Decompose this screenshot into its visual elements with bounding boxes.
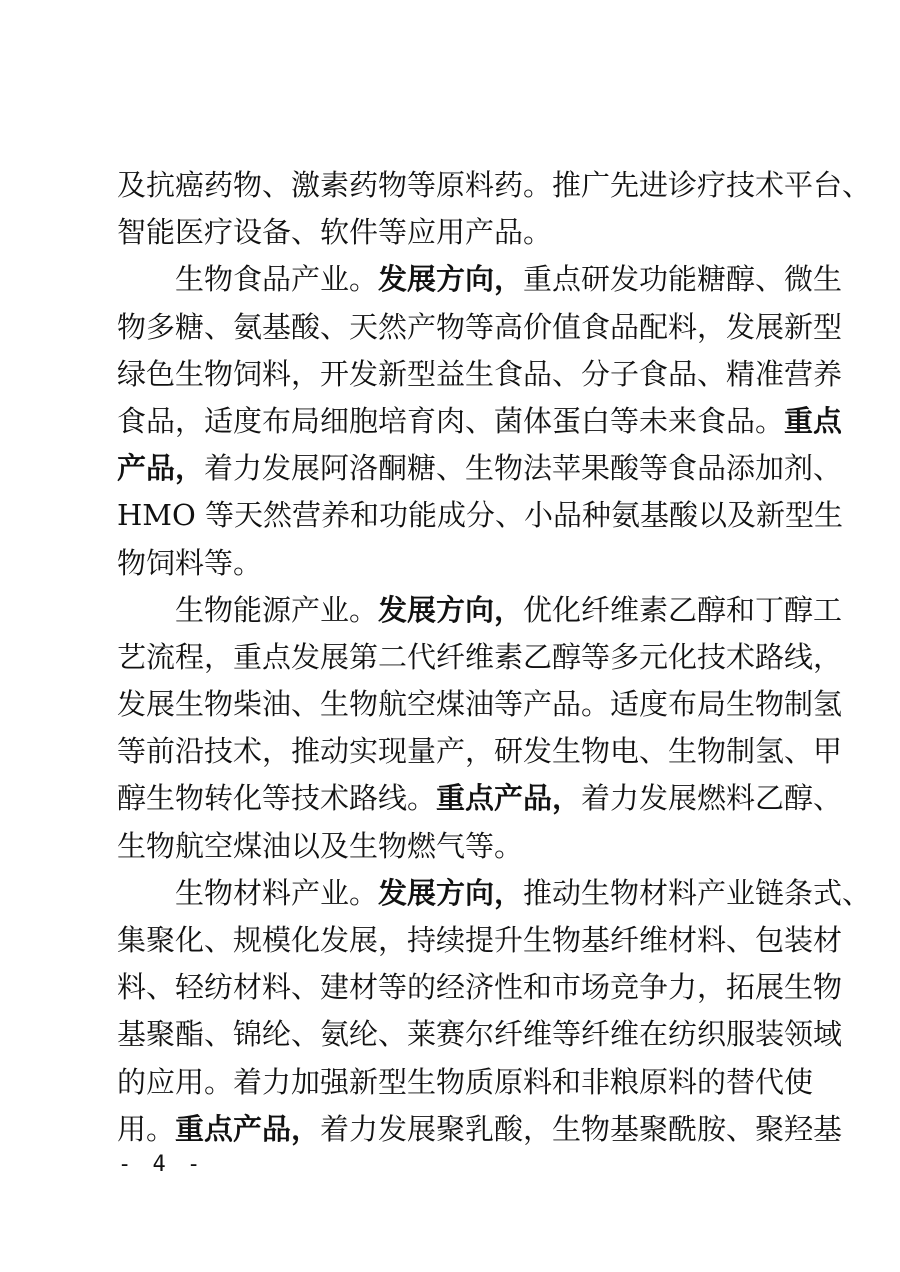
bold-label-direction: 发展方向， bbox=[378, 593, 523, 627]
text-line: 生物食品产业。发展方向，重点研发功能糖醇、微生 bbox=[117, 256, 789, 303]
text-line: 醇生物转化等技术路线。重点产品，着力发展燃料乙醇、 bbox=[117, 775, 789, 822]
section-heading: 生物能源产业。 bbox=[175, 593, 378, 627]
bold-label-products: 产品， bbox=[117, 451, 204, 485]
text-line: 生物航空煤油以及生物燃气等。 bbox=[117, 823, 789, 870]
bold-label-direction: 发展方向， bbox=[378, 876, 523, 910]
bold-label-products: 重点 bbox=[784, 404, 842, 438]
text-line: 集聚化、规模化发展，持续提升生物基纤维材料、包装材 bbox=[117, 917, 789, 964]
text-line: 艺流程，重点发展第二代纤维素乙醇等多元化技术路线， bbox=[117, 634, 789, 681]
document-page: 及抗癌药物、激素药物等原料药。推广先进诊疗技术平台、 智能医疗设备、软件等应用产… bbox=[0, 0, 900, 1272]
text-line: 等前沿技术，推动实现量产，研发生物电、生物制氢、甲 bbox=[117, 728, 789, 775]
section-heading: 生物食品产业。 bbox=[175, 262, 378, 296]
text-line: 食品，适度布局细胞培育肉、菌体蛋白等未来食品。重点 bbox=[117, 398, 789, 445]
bold-label-direction: 发展方向， bbox=[378, 262, 523, 296]
bold-label-products: 重点产品， bbox=[175, 1112, 320, 1146]
paragraph-bio-food: 生物食品产业。发展方向，重点研发功能糖醇、微生 物多糖、氨基酸、天然产物等高价值… bbox=[117, 256, 789, 586]
text-line: 绿色生物饲料，开发新型益生食品、分子食品、精准营养 bbox=[117, 351, 789, 398]
text-line: 基聚酯、锦纶、氨纶、莱赛尔纤维等纤维在纺织服装领域 bbox=[117, 1011, 789, 1058]
page-number: - 4 - bbox=[118, 1152, 204, 1177]
text-line: 智能医疗设备、软件等应用产品。 bbox=[117, 209, 789, 256]
text-line: HMO 等天然营养和功能成分、小品种氨基酸以及新型生 bbox=[117, 492, 789, 539]
paragraph-bio-materials: 生物材料产业。发展方向，推动生物材料产业链条式、 集聚化、规模化发展，持续提升生… bbox=[117, 870, 789, 1153]
section-heading: 生物材料产业。 bbox=[175, 876, 378, 910]
text-line: 料、轻纺材料、建材等的经济性和市场竞争力，拓展生物 bbox=[117, 964, 789, 1011]
bold-label-products: 重点产品， bbox=[436, 781, 581, 815]
text-line: 物多糖、氨基酸、天然产物等高价值食品配料，发展新型 bbox=[117, 304, 789, 351]
text-line: 及抗癌药物、激素药物等原料药。推广先进诊疗技术平台、 bbox=[117, 162, 789, 209]
text-line: 发展生物柴油、生物航空煤油等产品。适度布局生物制氢 bbox=[117, 681, 789, 728]
text-line: 生物能源产业。发展方向，优化纤维素乙醇和丁醇工 bbox=[117, 587, 789, 634]
paragraph-bio-energy: 生物能源产业。发展方向，优化纤维素乙醇和丁醇工 艺流程，重点发展第二代纤维素乙醇… bbox=[117, 587, 789, 870]
paragraph-continuation: 及抗癌药物、激素药物等原料药。推广先进诊疗技术平台、 智能医疗设备、软件等应用产… bbox=[117, 162, 789, 256]
text-line: 的应用。着力加强新型生物质原料和非粮原料的替代使 bbox=[117, 1059, 789, 1106]
text-line: 用。重点产品，着力发展聚乳酸，生物基聚酰胺、聚羟基 bbox=[117, 1106, 789, 1153]
document-body: 及抗癌药物、激素药物等原料药。推广先进诊疗技术平台、 智能医疗设备、软件等应用产… bbox=[117, 162, 789, 1153]
text-line: 产品，着力发展阿洛酮糖、生物法苹果酸等食品添加剂、 bbox=[117, 445, 789, 492]
text-line: 生物材料产业。发展方向，推动生物材料产业链条式、 bbox=[117, 870, 789, 917]
text-line: 物饲料等。 bbox=[117, 540, 789, 587]
